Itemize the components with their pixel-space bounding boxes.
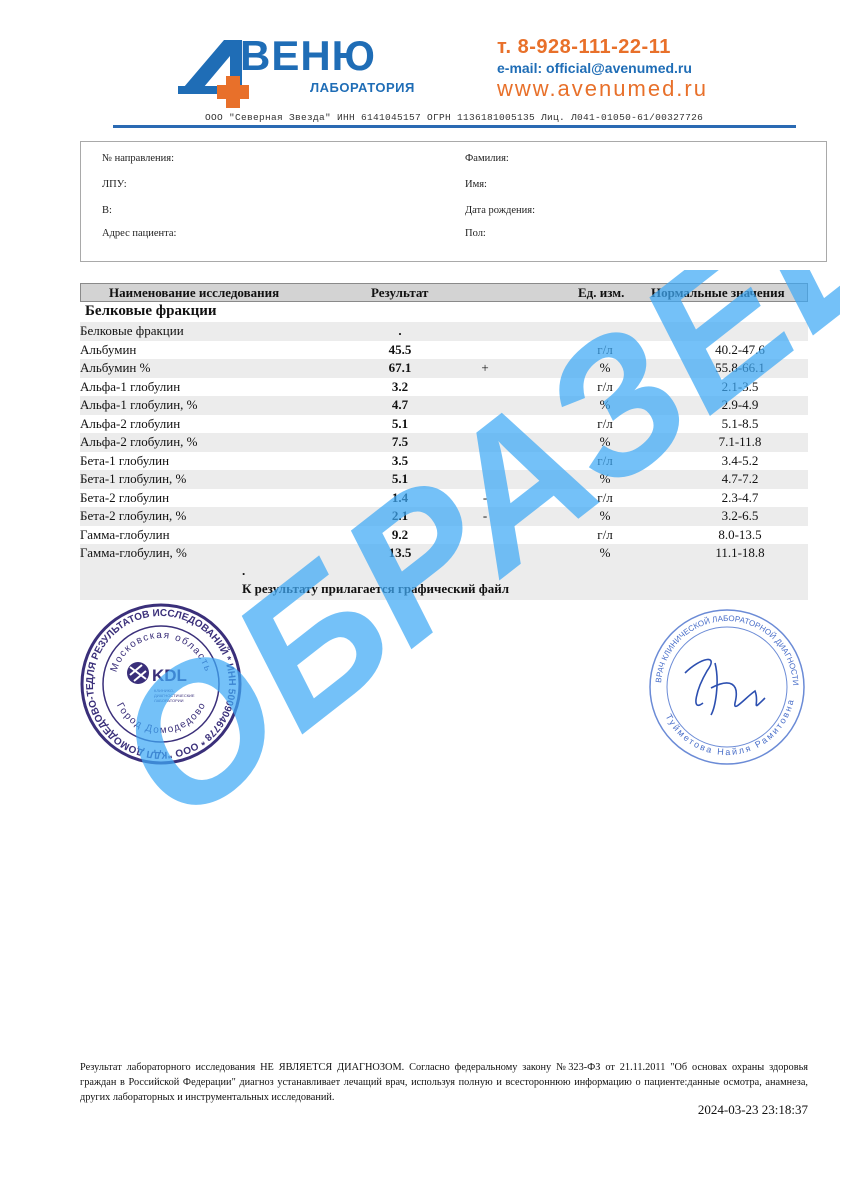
table-row: Альфа-1 глобулин, %4.7%2.9-4.9	[80, 396, 808, 415]
table-row: Бета-1 глобулин3.5г/л3.4-5.2	[80, 452, 808, 471]
test-unit: г/л	[585, 527, 625, 543]
svg-text:ЛАБОРАТОРИИ: ЛАБОРАТОРИИ	[154, 698, 184, 703]
svg-text:Туйметова Найля Рамитовна: Туйметова Найля Рамитовна	[664, 697, 796, 757]
lab-seal-stamp: ДЛЯ РЕЗУЛЬТАТОВ ИССЛЕДОВАНИЙ * ИНН 50090…	[80, 603, 242, 765]
patient-info-box: № направления: ЛПУ: В: Адрес пациента: Ф…	[80, 141, 827, 262]
result-flag: -	[475, 508, 495, 524]
normal-range: 55.8-66.1	[660, 360, 820, 376]
birth-date-label: Дата рождения:	[465, 205, 535, 216]
test-unit: %	[585, 471, 625, 487]
table-row: Альфа-1 глобулин3.2г/л2.1-3.5	[80, 378, 808, 397]
clinic-label: ЛПУ:	[102, 179, 127, 190]
test-name: Альфа-2 глобулин, %	[80, 434, 198, 450]
disclaimer-text: Результат лабораторного исследования НЕ …	[80, 1060, 808, 1105]
test-name: Гамма-глобулин	[80, 527, 170, 543]
normal-range: 8.0-13.5	[660, 527, 820, 543]
lab-seal-icon: ДЛЯ РЕЗУЛЬТАТОВ ИССЛЕДОВАНИЙ * ИНН 50090…	[80, 603, 242, 765]
note-dot: .	[242, 563, 245, 579]
result-flag: +	[475, 360, 495, 376]
legal-details: ООО "Северная Звезда" ИНН 6141045157 ОГР…	[205, 112, 703, 123]
test-name: Бета-2 глобулин	[80, 490, 169, 506]
table-row: Альбумин45.5г/л40.2-47.6	[80, 341, 808, 360]
attachment-note: К результату прилагается графический фай…	[242, 581, 509, 597]
test-unit: %	[585, 508, 625, 524]
brand-subtitle: ЛАБОРАТОРИЯ	[310, 80, 415, 95]
table-row: Бета-2 глобулин, %2.1-%3.2-6.5	[80, 507, 808, 526]
normal-range: 3.4-5.2	[660, 453, 820, 469]
column-header-result: Результат	[371, 285, 428, 301]
b-label: В:	[102, 205, 112, 216]
normal-range: 2.1-3.5	[660, 379, 820, 395]
normal-range: 3.2-6.5	[660, 508, 820, 524]
test-name: Бета-2 глобулин, %	[80, 508, 186, 524]
table-row: Альфа-2 глобулин5.1г/л5.1-8.5	[80, 415, 808, 434]
result-flag: -	[475, 490, 495, 506]
test-result: 9.2	[370, 527, 430, 543]
svg-text:KDL: KDL	[152, 666, 187, 685]
test-unit: %	[585, 397, 625, 413]
table-header: Наименование исследования Результат Ед. …	[80, 283, 808, 302]
attachment-note-block: . К результату прилагается графический ф…	[80, 563, 808, 600]
test-result: 3.5	[370, 453, 430, 469]
test-unit: %	[585, 434, 625, 450]
column-header-unit: Ед. изм.	[578, 285, 624, 301]
header-divider	[113, 125, 796, 128]
test-unit: %	[585, 360, 625, 376]
test-result: 4.7	[370, 397, 430, 413]
patient-address-label: Адрес пациента:	[102, 228, 176, 239]
test-result: 5.1	[370, 471, 430, 487]
test-result: .	[370, 323, 430, 339]
report-timestamp: 2024-03-23 23:18:37	[698, 1102, 808, 1118]
column-header-normal: Нормальные значения	[651, 285, 785, 301]
table-row: Гамма-глобулин9.2г/л8.0-13.5	[80, 526, 808, 545]
table-row: Бета-1 глобулин, %5.1%4.7-7.2	[80, 470, 808, 489]
normal-range: 5.1-8.5	[660, 416, 820, 432]
contact-email: e-mail: official@avenumed.ru	[497, 60, 692, 76]
normal-range: 2.9-4.9	[660, 397, 820, 413]
brand-name: ВЕНЮ	[240, 34, 376, 78]
normal-range: 7.1-11.8	[660, 434, 820, 450]
table-row: Гамма-глобулин, %13.5%11.1-18.8	[80, 544, 808, 563]
surname-label: Фамилия:	[465, 153, 509, 164]
test-unit: %	[585, 545, 625, 561]
normal-range: 4.7-7.2	[660, 471, 820, 487]
test-result: 2.1	[370, 508, 430, 524]
referral-number-label: № направления:	[102, 153, 174, 164]
first-name-label: Имя:	[465, 179, 487, 190]
section-title: Белковые фракции	[80, 302, 808, 322]
normal-range: 40.2-47.6	[660, 342, 820, 358]
test-name: Альфа-2 глобулин	[80, 416, 180, 432]
test-name: Бета-1 глобулин, %	[80, 471, 186, 487]
table-row: Альбумин %67.1+%55.8-66.1	[80, 359, 808, 378]
test-result: 45.5	[370, 342, 430, 358]
table-row: Белковые фракции.	[80, 322, 808, 341]
results-table: Наименование исследования Результат Ед. …	[80, 283, 808, 600]
test-name: Альбумин %	[80, 360, 150, 376]
doctor-stamp-icon: ВРАЧ КЛИНИЧЕСКОЙ ЛАБОРАТОРНОЙ ДИАГНОСТИК…	[645, 603, 810, 765]
normal-range: 2.3-4.7	[660, 490, 820, 506]
test-result: 3.2	[370, 379, 430, 395]
test-name: Бета-1 глобулин	[80, 453, 169, 469]
test-result: 1.4	[370, 490, 430, 506]
test-name: Белковые фракции	[80, 323, 184, 339]
test-result: 13.5	[370, 545, 430, 561]
sex-label: Пол:	[465, 228, 486, 239]
table-body: Белковые фракции.Альбумин45.5г/л40.2-47.…	[80, 322, 808, 563]
test-unit: г/л	[585, 379, 625, 395]
test-name: Альфа-1 глобулин, %	[80, 397, 198, 413]
test-result: 7.5	[370, 434, 430, 450]
section-title-text: Белковые фракции	[85, 303, 217, 320]
contact-website: www.avenumed.ru	[497, 76, 708, 102]
test-unit: г/л	[585, 342, 625, 358]
test-unit: г/л	[585, 416, 625, 432]
table-row: Альфа-2 глобулин, %7.5%7.1-11.8	[80, 433, 808, 452]
test-name: Гамма-глобулин, %	[80, 545, 187, 561]
table-row: Бета-2 глобулин1.4-г/л2.3-4.7	[80, 489, 808, 508]
test-unit: г/л	[585, 453, 625, 469]
test-unit: г/л	[585, 490, 625, 506]
test-result: 67.1	[370, 360, 430, 376]
contact-phone: т. 8-928-111-22-11	[497, 36, 671, 59]
normal-range: 11.1-18.8	[660, 545, 820, 561]
doctor-stamp: ВРАЧ КЛИНИЧЕСКОЙ ЛАБОРАТОРНОЙ ДИАГНОСТИК…	[645, 603, 810, 765]
test-name: Альфа-1 глобулин	[80, 379, 180, 395]
test-name: Альбумин	[80, 342, 136, 358]
column-header-name: Наименование исследования	[109, 285, 279, 301]
test-result: 5.1	[370, 416, 430, 432]
